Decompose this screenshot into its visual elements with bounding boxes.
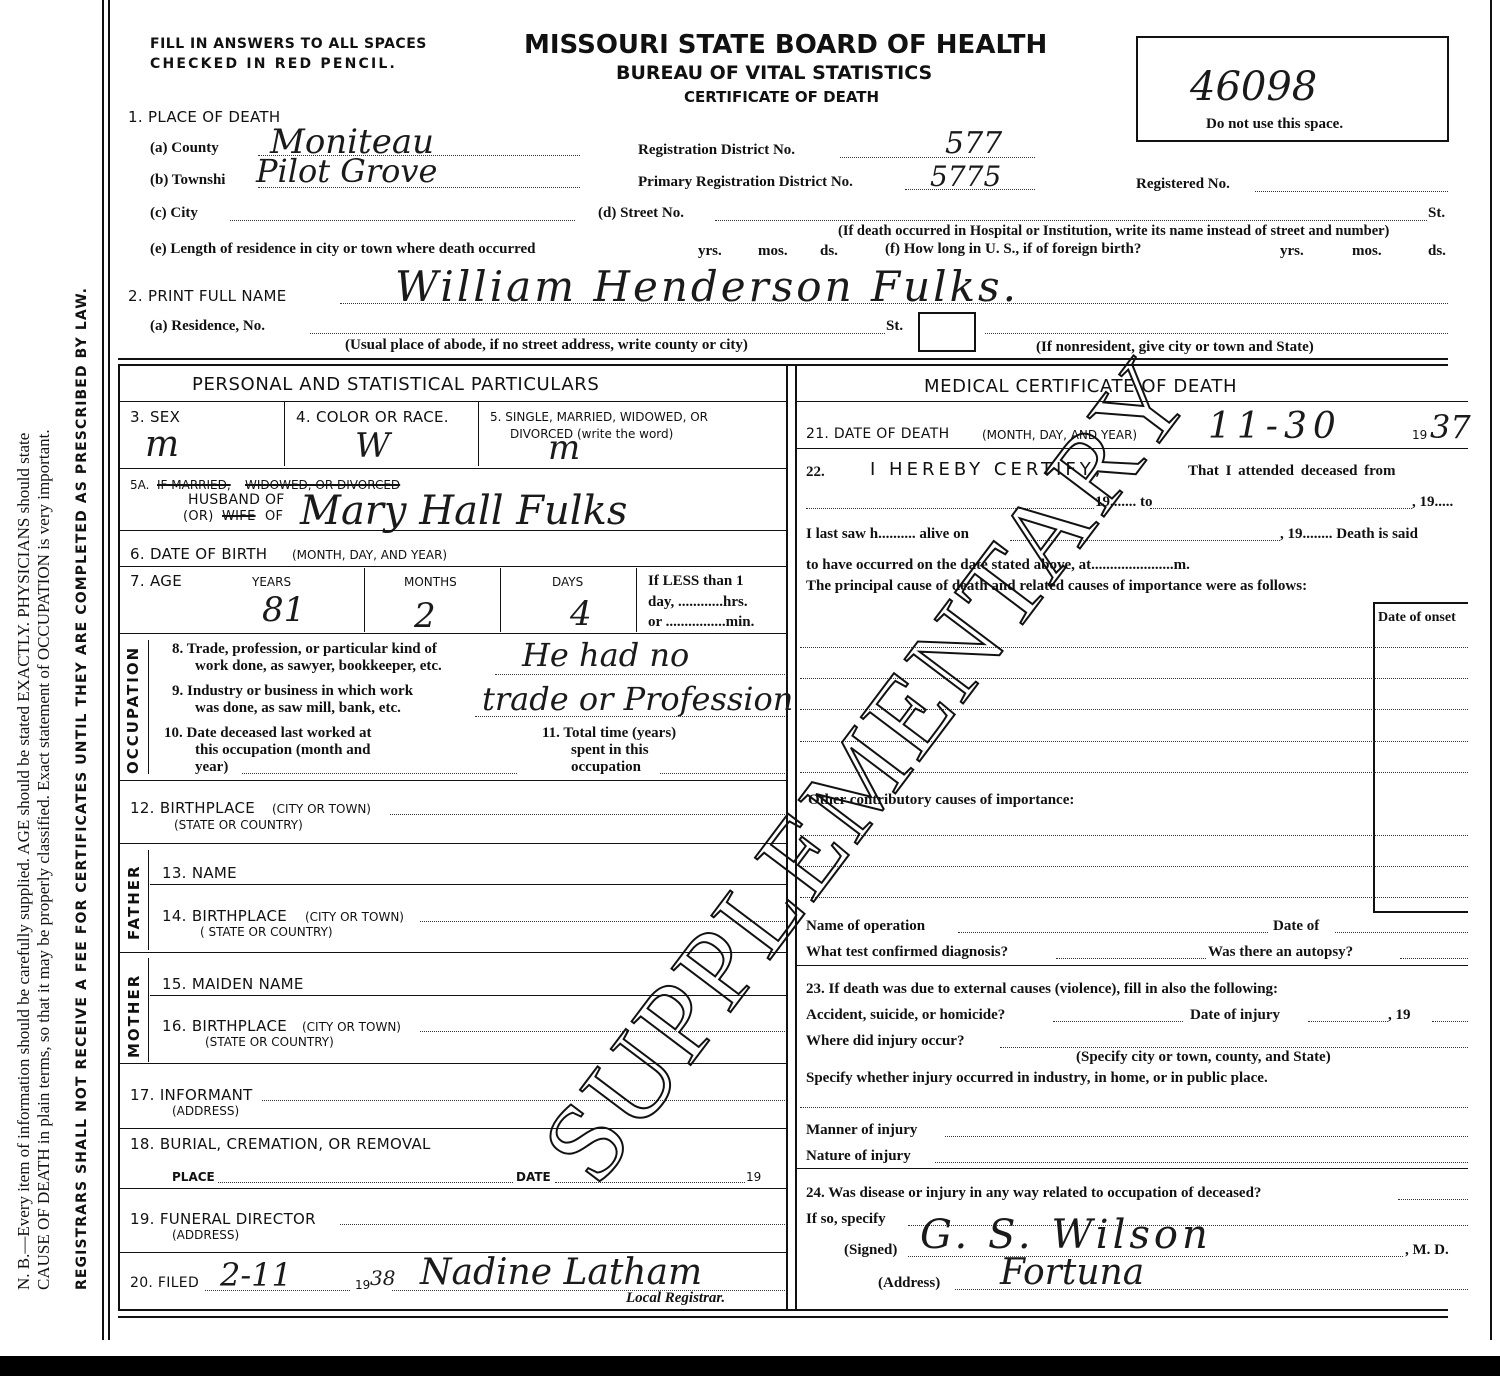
foreign-mos: mos. xyxy=(1352,243,1382,260)
spouse-or: (OR) xyxy=(183,509,214,524)
file-number: 46098 xyxy=(1190,64,1317,110)
street-label: (d) Street No. xyxy=(598,205,684,222)
form-title: MISSOURI STATE BOARD OF HEALTH xyxy=(524,30,1047,60)
other-causes-label: Other contributory causes of importance: xyxy=(808,792,1074,809)
certify-caps: I HEREBY CERTIFY, xyxy=(870,459,1104,480)
funeral-sub: (ADDRESS) xyxy=(172,1228,239,1242)
section-rule-bottom-1 xyxy=(118,1309,1448,1311)
q10-line3: year) xyxy=(195,759,228,776)
informant-line xyxy=(262,1100,785,1101)
cause-line-1[interactable] xyxy=(800,647,1468,648)
dod-label: 21. DATE OF DEATH xyxy=(806,426,949,442)
birthplace-line xyxy=(390,814,785,815)
q11-line xyxy=(660,773,785,774)
father-birthplace-sub1: (CITY OR TOWN) xyxy=(305,910,404,924)
mother-birthplace-line xyxy=(420,1031,785,1032)
injury-date-line xyxy=(1308,1021,1388,1022)
q9-value: trade or Profession xyxy=(482,680,793,718)
place-of-death-heading: 1. PLACE OF DEATH xyxy=(128,108,280,126)
q11-line1: 11. Total time (years) xyxy=(542,725,676,742)
spouse-husband-label: HUSBAND OF xyxy=(188,492,285,508)
last-saw-line xyxy=(1010,540,1280,541)
spouse-wife-struck: WIFE xyxy=(222,509,256,524)
burial-date-label: DATE xyxy=(516,1170,551,1184)
q23-label: 23. If death was due to external causes … xyxy=(806,981,1278,998)
filed-year-prefix: 19 xyxy=(355,1278,370,1292)
form-subtitle: BUREAU OF VITAL STATISTICS xyxy=(616,62,932,84)
mother-name-rule xyxy=(150,995,786,996)
q10-line1: 10. Date deceased last worked at xyxy=(164,725,371,742)
where-label: Where did injury occur? xyxy=(806,1033,964,1050)
instruction-line-1: FILL IN ANSWERS TO ALL SPACES xyxy=(150,36,427,52)
sex-value: m xyxy=(145,424,179,465)
q10-line2: this occupation (month and xyxy=(195,742,370,759)
age-years-value: 81 xyxy=(262,590,305,630)
township-label: (b) Townshi xyxy=(150,172,225,189)
mother-rule xyxy=(118,1063,786,1064)
autopsy-label: Was there an autopsy? xyxy=(1208,944,1353,961)
age-days-value: 4 xyxy=(570,594,592,634)
spouse-of: OF xyxy=(265,509,283,524)
primary-reg-label: Primary Registration District No. xyxy=(638,174,853,191)
injury-year-line xyxy=(1432,1021,1468,1022)
spouse-value: Mary Hall Fulks xyxy=(300,488,627,534)
file-number-box: 46098 Do not use this space. xyxy=(1136,36,1449,142)
burial-label: 18. BURIAL, CREMATION, OR REMOVAL xyxy=(130,1135,431,1153)
mother-birthplace-label: 16. BIRTHPLACE xyxy=(162,1017,287,1035)
autopsy-rule xyxy=(797,965,1468,966)
informant-label: 17. INFORMANT xyxy=(130,1086,253,1104)
registrar-signature: Nadine Latham xyxy=(420,1252,702,1293)
nonresident-line xyxy=(985,333,1448,334)
certify-number: 22. xyxy=(806,464,825,481)
onset-header: Date of onset xyxy=(1378,610,1456,626)
accident-label: Accident, suicide, or homicide? xyxy=(806,1007,1005,1024)
burial-place-line xyxy=(218,1182,513,1183)
age-years-divider xyxy=(364,568,365,632)
column-divider-1 xyxy=(786,364,788,1309)
file-box-note: Do not use this space. xyxy=(1206,116,1343,133)
reg-district-line xyxy=(840,157,1035,158)
instruction-line-2: CHECKED IN RED PENCIL. xyxy=(150,56,397,72)
father-birthplace-label: 14. BIRTHPLACE xyxy=(162,907,287,925)
personal-heading: PERSONAL AND STATISTICAL PARTICULARS xyxy=(192,374,599,395)
race-marital-divider xyxy=(478,402,479,466)
q24-line xyxy=(1398,1199,1468,1200)
section-rule-top-2 xyxy=(118,364,1448,366)
specify-place-line xyxy=(800,1107,1468,1108)
informant-sub: (ADDRESS) xyxy=(172,1104,239,1118)
sex-row-rule xyxy=(118,468,786,469)
father-birthplace-line xyxy=(420,921,785,922)
other-cause-line-1[interactable] xyxy=(800,835,1468,836)
dod-value: 11-30 xyxy=(1208,406,1342,447)
medical-heading: MEDICAL CERTIFICATE OF DEATH xyxy=(924,376,1237,397)
right-border xyxy=(1490,0,1492,1340)
birthplace-rule xyxy=(118,843,786,844)
q8-line xyxy=(495,674,785,675)
certify-rest: That I attended deceased from xyxy=(1188,463,1396,480)
nonresident-note: (If nonresident, give city or town and S… xyxy=(1036,339,1314,356)
where-line xyxy=(1000,1047,1468,1048)
registered-no-line xyxy=(1255,191,1448,192)
operation-line xyxy=(958,932,1268,933)
dob-sub: (MONTH, DAY, AND YEAR) xyxy=(292,548,447,562)
age-months-value: 2 xyxy=(414,596,436,636)
funeral-line xyxy=(340,1224,785,1225)
last-saw-end: , 19........ Death is said xyxy=(1280,526,1418,543)
filed-label: 20. FILED xyxy=(130,1275,199,1291)
age-days-divider xyxy=(636,568,637,632)
test-line xyxy=(1056,958,1206,959)
onset-box-top xyxy=(1373,602,1468,604)
q10-line xyxy=(242,773,517,774)
attended-end: , 19..... xyxy=(1412,494,1453,511)
informant-rule xyxy=(118,1128,786,1129)
burial-rule xyxy=(118,1188,786,1189)
registrar-caption: Local Registrar. xyxy=(626,1290,725,1307)
md-suffix: , M. D. xyxy=(1405,1242,1449,1259)
where-note: (Specify city or town, county, and State… xyxy=(1076,1049,1331,1066)
age-less-line3: or ................min. xyxy=(648,614,754,631)
q9-line2: was done, as saw mill, bank, etc. xyxy=(195,700,401,717)
dod-year-prefix: 19 xyxy=(1412,428,1427,442)
registered-no-label: Registered No. xyxy=(1136,176,1230,193)
dob-label: 6. DATE OF BIRTH xyxy=(130,545,267,563)
hospital-note: (If death occurred in Hospital or Instit… xyxy=(838,223,1389,240)
test-label: What test confirmed diagnosis? xyxy=(806,944,1008,961)
residence-yrs: yrs. xyxy=(698,243,722,260)
birthplace-label: 12. BIRTHPLACE xyxy=(130,799,255,817)
dod-rule xyxy=(797,448,1468,449)
father-side-rule xyxy=(148,850,149,950)
specify-label: If so, specify xyxy=(806,1211,886,1228)
personal-heading-rule xyxy=(118,401,786,402)
injury-year: , 19 xyxy=(1388,1007,1411,1024)
age-less-line1: If LESS than 1 xyxy=(648,573,743,590)
full-name-value: William Henderson Fulks. xyxy=(395,262,1019,311)
father-name-label: 13. NAME xyxy=(162,864,237,882)
foreign-yrs: yrs. xyxy=(1280,243,1304,260)
funeral-label: 19. FUNERAL DIRECTOR xyxy=(130,1210,316,1228)
race-label: 4. COLOR OR RACE. xyxy=(296,408,449,426)
age-label: 7. AGE xyxy=(130,572,182,590)
marital-label-line1: 5. SINGLE, MARRIED, WIDOWED, OR xyxy=(490,410,708,424)
street-suffix: St. xyxy=(1428,205,1445,222)
manner-line xyxy=(945,1136,1468,1137)
burial-place-label: PLACE xyxy=(172,1170,215,1184)
township-value: Pilot Grove xyxy=(256,152,437,190)
other-cause-line-3[interactable] xyxy=(800,897,1468,898)
occurred-line: to have occurred on the date stated abov… xyxy=(806,557,1190,574)
q8-line1: 8. Trade, profession, or particular kind… xyxy=(172,641,437,658)
city-label: (c) City xyxy=(150,205,198,222)
dod-year-value: 37 xyxy=(1430,408,1471,446)
mother-name-label: 15. MAIDEN NAME xyxy=(162,975,304,993)
q8-value: He had no xyxy=(522,636,689,674)
section-rule-bottom-2 xyxy=(118,1316,1448,1318)
q11-line3: occupation xyxy=(571,759,641,776)
attended-from-line xyxy=(806,508,1094,509)
mother-side-label: MOTHER xyxy=(125,974,143,1058)
nature-label: Nature of injury xyxy=(806,1148,911,1165)
medical-heading-rule xyxy=(797,401,1468,402)
attended-to-line xyxy=(1150,508,1412,509)
residence-ds: ds. xyxy=(820,243,838,260)
residence-mos: mos. xyxy=(758,243,788,260)
marital-label-line2: DIVORCED (write the word) xyxy=(510,427,673,441)
q24-label: 24. Was disease or injury in any way rel… xyxy=(806,1185,1261,1202)
mother-birthplace-sub2: (STATE OR COUNTRY) xyxy=(205,1035,334,1049)
dod-sub: (MONTH, DAY, AND YEAR) xyxy=(982,428,1137,442)
primary-reg-value: 5775 xyxy=(930,160,1001,193)
residence-line xyxy=(310,333,885,334)
left-column-border xyxy=(118,364,120,1309)
residence-suffix: St. xyxy=(886,318,903,335)
age-months-label: MONTHS xyxy=(404,575,457,589)
q11-line2: spent in this xyxy=(571,742,649,759)
foreign-ds: ds. xyxy=(1428,243,1446,260)
specify-place-label: Specify whether injury occurred in indus… xyxy=(806,1070,1268,1087)
father-rule xyxy=(118,952,786,953)
county-label: (a) County xyxy=(150,140,219,157)
birthplace-sub2: (STATE OR COUNTRY) xyxy=(174,818,303,832)
spouse-row-rule xyxy=(118,530,786,531)
nb-note-line-2: CAUSE OF DEATH in plain terms, so that i… xyxy=(34,60,54,1290)
sex-race-divider xyxy=(284,402,285,466)
onset-box-bottom xyxy=(1373,911,1468,913)
principal-cause: The principal cause of death and related… xyxy=(806,578,1307,595)
cause-line-3[interactable] xyxy=(800,709,1468,710)
reg-district-label: Registration District No. xyxy=(638,142,795,159)
nb-note-line-1: N. B.—Every item of information should b… xyxy=(14,60,34,1290)
address-label: (Address) xyxy=(878,1275,940,1292)
mother-birthplace-sub1: (CITY OR TOWN) xyxy=(302,1020,401,1034)
manner-label: Manner of injury xyxy=(806,1122,917,1139)
cause-line-2[interactable] xyxy=(800,678,1468,679)
nonresident-checkbox[interactable] xyxy=(918,312,976,352)
birthplace-sub1: (CITY OR TOWN) xyxy=(272,802,371,816)
full-name-label: 2. PRINT FULL NAME xyxy=(128,287,287,305)
accident-line xyxy=(1053,1021,1183,1022)
mother-side-rule xyxy=(148,958,149,1062)
residence-length-label: (e) Length of residence in city or town … xyxy=(150,241,536,258)
registrars-note: REGISTRARS SHALL NOT RECEIVE A FEE FOR C… xyxy=(74,60,90,1290)
operation-date-line xyxy=(1335,932,1468,933)
father-name-rule xyxy=(150,884,786,885)
filed-date-value: 2-11 xyxy=(220,1256,292,1294)
spouse-prefix: 5A. xyxy=(130,478,149,492)
burial-year-prefix: 19 xyxy=(746,1170,761,1184)
nature-line xyxy=(935,1162,1468,1163)
section-rule-top-1 xyxy=(118,358,1448,360)
injury-date-label: Date of injury xyxy=(1190,1007,1280,1024)
age-years-label: YEARS xyxy=(252,575,291,589)
father-birthplace-sub2: ( STATE OR COUNTRY) xyxy=(200,925,333,939)
occupation-side-rule xyxy=(148,640,149,774)
attended-line: 19....... to xyxy=(1095,494,1153,511)
residence-label: (a) Residence, No. xyxy=(150,318,265,335)
street-line xyxy=(715,220,1427,221)
filed-year-value: 38 xyxy=(370,1266,395,1290)
address-value: Fortuna xyxy=(1000,1252,1144,1293)
age-less-line2: day, ............hrs. xyxy=(648,594,748,611)
autopsy-line xyxy=(1400,958,1468,959)
marital-value: m xyxy=(548,428,580,468)
last-saw: I last saw h.......... alive on xyxy=(806,526,969,543)
operation-label: Name of operation xyxy=(806,918,925,935)
operation-date-label: Date of xyxy=(1273,918,1319,935)
foreign-label: (f) How long in U. S., if of foreign bir… xyxy=(885,241,1141,258)
margin-rule-2 xyxy=(108,0,110,1340)
cause-line-4[interactable] xyxy=(800,741,1468,742)
spouse-struck-1: IF MARRIED, xyxy=(157,478,231,492)
burial-date-line xyxy=(555,1182,745,1183)
age-days-label: DAYS xyxy=(552,575,583,589)
margin-rule-1 xyxy=(102,0,104,1340)
q9-line1: 9. Industry or business in which work xyxy=(172,683,413,700)
age-row-rule xyxy=(118,633,786,634)
death-certificate: N. B.—Every item of information should b… xyxy=(0,0,1500,1356)
father-side-label: FATHER xyxy=(125,864,143,940)
nature-rule xyxy=(797,1168,1468,1169)
race-value: W xyxy=(355,426,390,466)
dob-row-rule xyxy=(118,566,786,567)
signed-label: (Signed) xyxy=(844,1242,897,1259)
city-line xyxy=(230,220,575,221)
residence-note: (Usual place of abode, if no street addr… xyxy=(345,337,748,354)
occupation-side-label: OCCUPATION xyxy=(124,646,142,774)
age-months-divider xyxy=(500,568,501,632)
occupation-rule xyxy=(118,780,786,781)
q8-line2: work done, as sawyer, bookkeeper, etc. xyxy=(195,658,442,675)
cause-line-5[interactable] xyxy=(800,772,1468,773)
form-name: CERTIFICATE OF DEATH xyxy=(684,88,879,106)
reg-district-value: 577 xyxy=(945,126,1002,161)
other-cause-line-2[interactable] xyxy=(800,866,1468,867)
